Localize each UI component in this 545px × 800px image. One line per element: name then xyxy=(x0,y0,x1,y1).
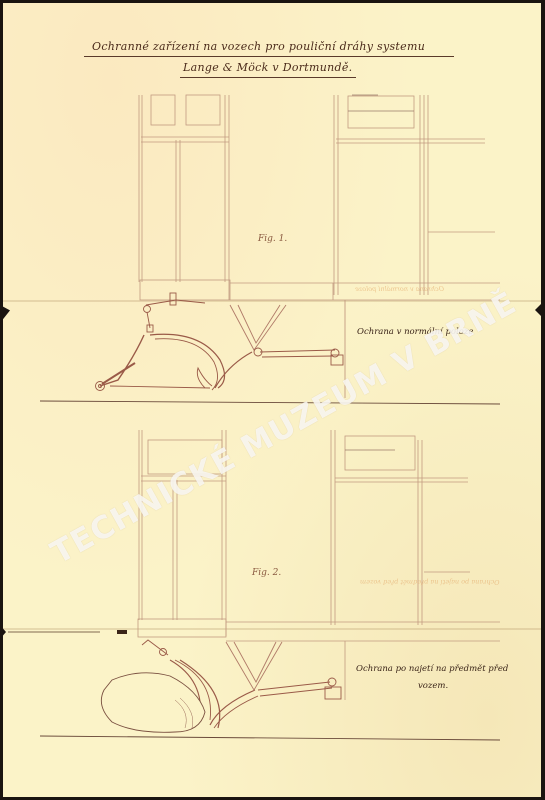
figure-2-label: Fig. 2. xyxy=(252,568,281,578)
document-title-line-2: Lange & Möck v Dortmundě. xyxy=(183,61,352,74)
title-underline xyxy=(180,77,356,78)
title-underline xyxy=(84,56,454,57)
bleed-through-text: Ochrana v normální poloze xyxy=(355,285,444,293)
technical-drawing xyxy=(0,0,545,800)
figure-2-caption-line-1: Ochrana po najetí na předmět před xyxy=(356,664,508,674)
obstacle-sketch xyxy=(101,673,205,732)
figure-1-label: Fig. 1. xyxy=(258,234,287,244)
bleed-through-text: Ochrana po najetí na předmět před vozem xyxy=(360,578,500,586)
document-title-line-1: Ochranné zařízení na vozech pro pouliční… xyxy=(92,40,425,53)
figure-2-caption-line-2: vozem. xyxy=(418,681,448,691)
